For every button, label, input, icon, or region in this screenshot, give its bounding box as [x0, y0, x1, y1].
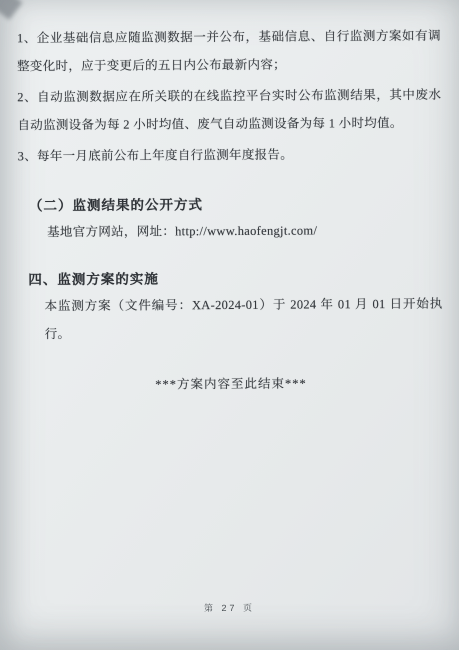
section-heading-plan-implementation: 四、监测方案的实施: [28, 263, 442, 293]
numbered-item-2: 2、自动监测数据应在所关联的在线监控平台实时公布监测结果，其中废水自动监测设备为…: [17, 82, 441, 140]
numbered-item-1: 1、企业基础信息应随监测数据一并公布，基础信息、自行监测方案如有调整变化时，应于…: [17, 23, 441, 81]
section-heading-disclosure-method: （二）监测结果的公开方式: [29, 189, 442, 219]
implementation-date-line: 本监测方案（文件编号：XA-2024-01）于 2024 年 01 月 01 日…: [44, 291, 442, 348]
document-body: 1、企业基础信息应随监测数据一并公布，基础信息、自行监测方案如有调整变化时，应于…: [17, 23, 443, 404]
scanned-document-page: 1、企业基础信息应随监测数据一并公布，基础信息、自行监测方案如有调整变化时，应于…: [0, 0, 459, 650]
scan-corner-artifact: [0, 0, 23, 20]
page-number-footer: 第 27 页: [0, 600, 459, 616]
disclosure-website-line: 基地官方网站，网址：http://www.haofengjt.com/: [47, 217, 442, 247]
end-of-plan-note: ***方案内容至此结束***: [19, 370, 443, 400]
numbered-item-3: 3、每年一月底前公布上年度自行监测年度报告。: [18, 141, 442, 171]
